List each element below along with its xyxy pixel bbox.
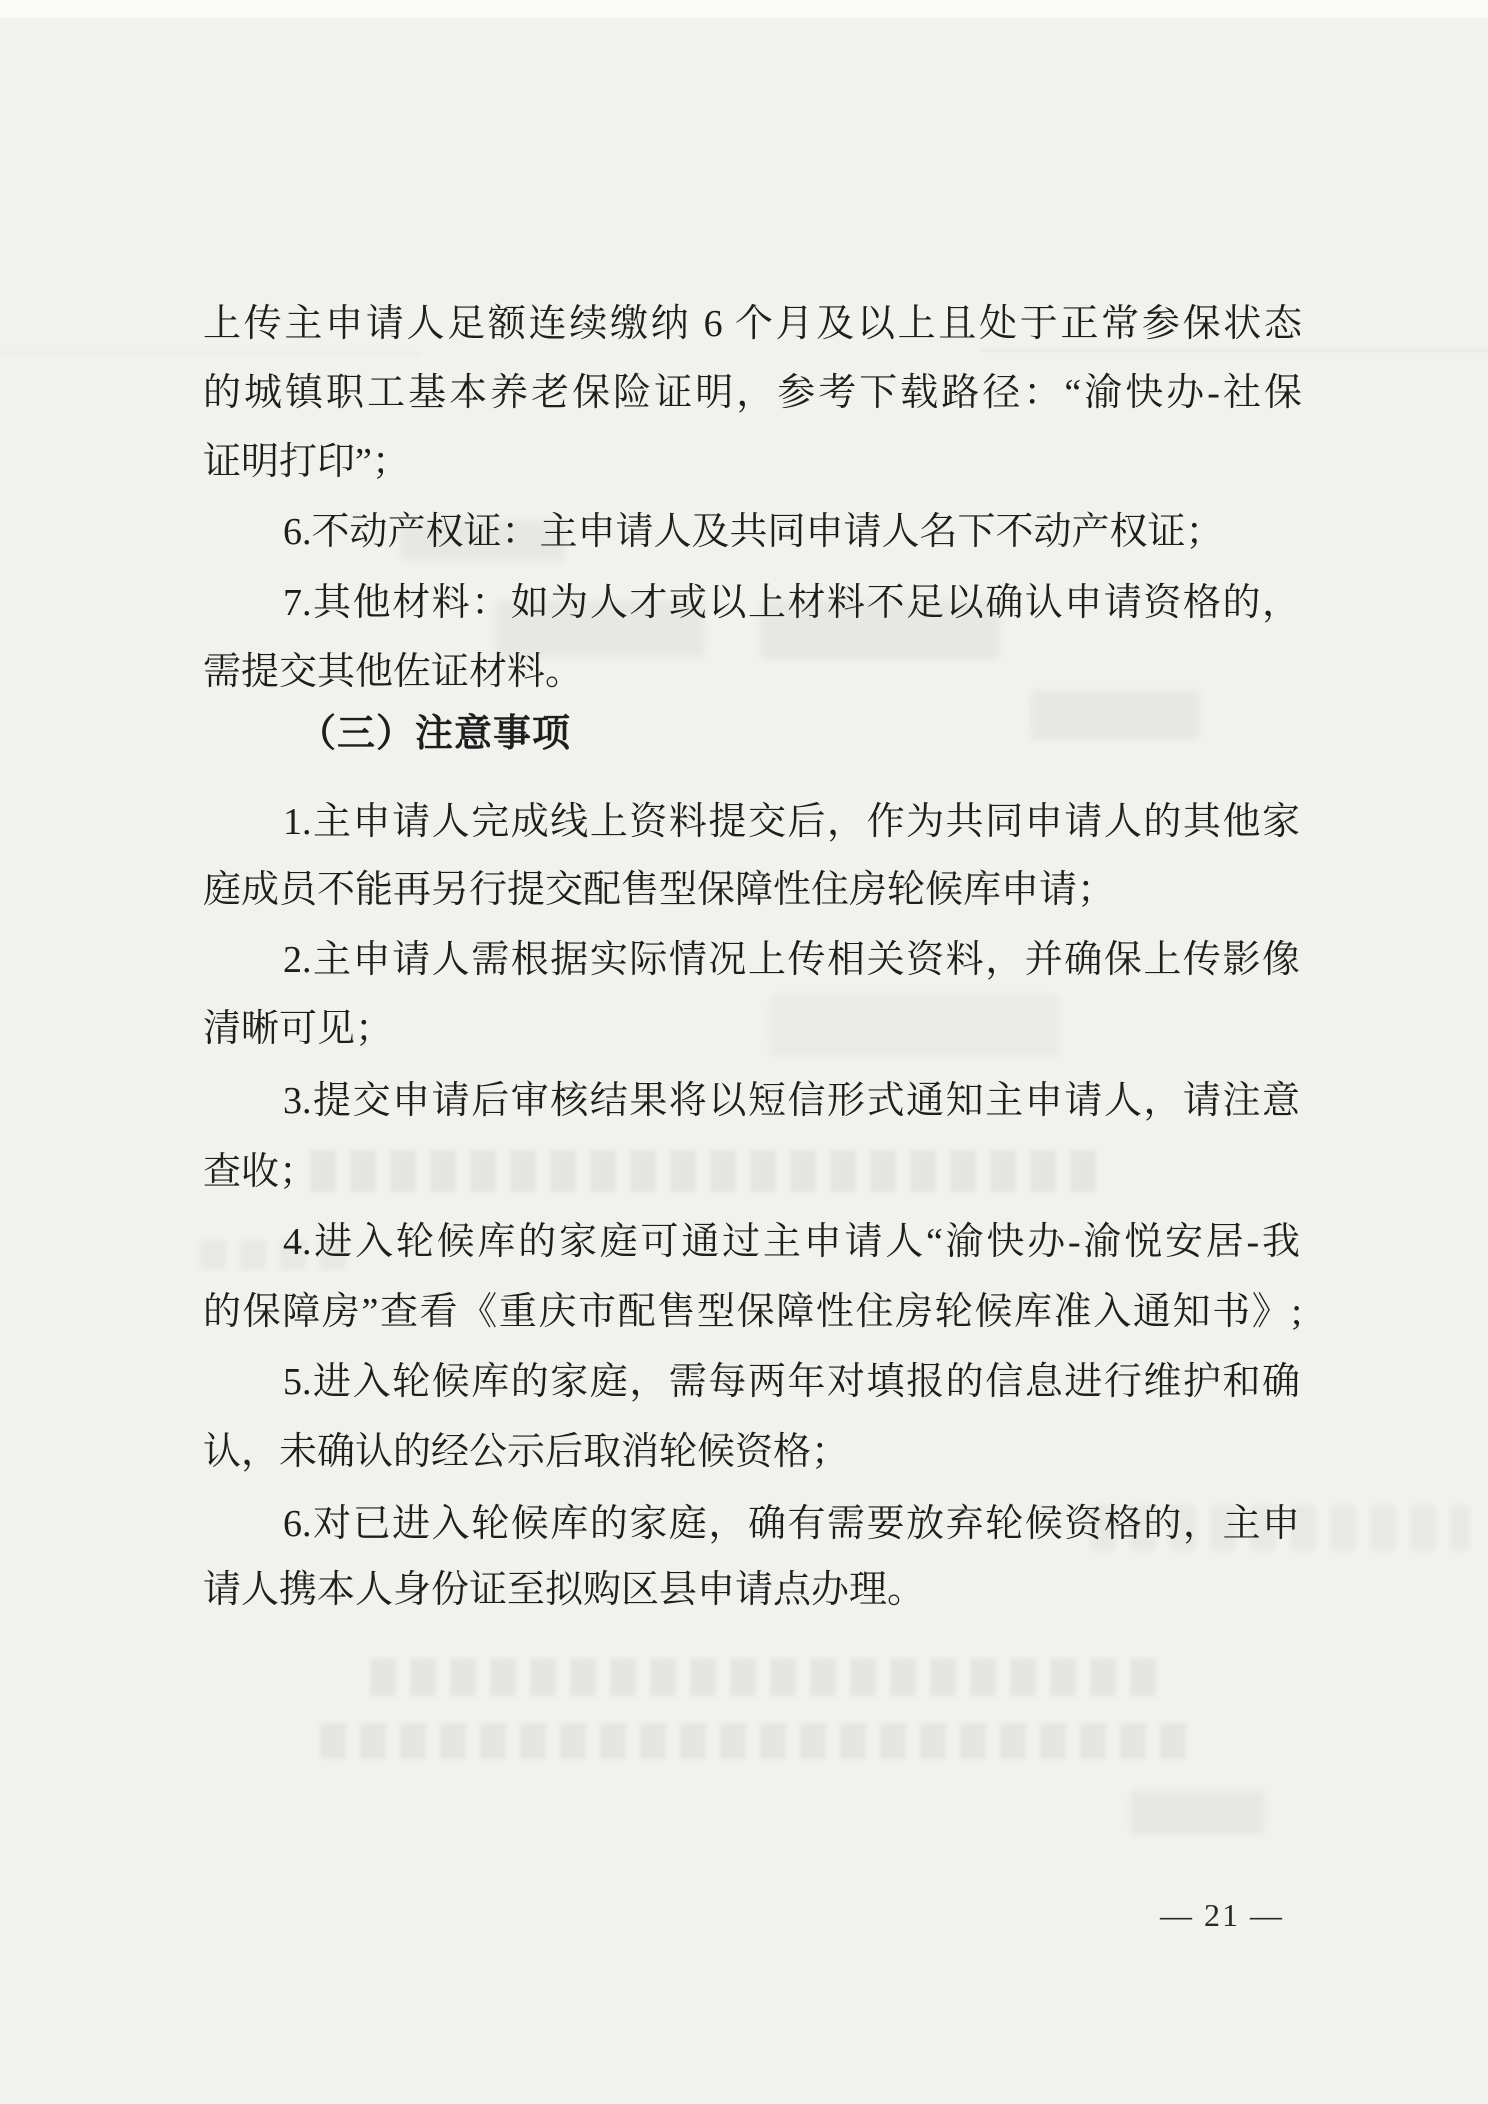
bleed-through-artifact	[320, 1723, 1190, 1759]
bleed-through-artifact	[1030, 690, 1200, 740]
bleed-through-artifact	[770, 995, 1060, 1057]
text-line: 4.进入轮候库的家庭可通过主申请人“渝快办-渝悦安居-我	[283, 1220, 1300, 1265]
text-line: 5.进入轮候库的家庭，需每两年对填报的信息进行维护和确	[283, 1360, 1300, 1405]
text-line: 的城镇职工基本养老保险证明，参考下载路径：“渝快办-社保	[203, 371, 1302, 416]
scanned-document-page: 上传主申请人足额连续缴纳 6 个月及以上且处于正常参保状态 的城镇职工基本养老保…	[0, 0, 1488, 2104]
bleed-through-artifact	[1130, 1790, 1265, 1835]
text-line: 清晰可见；	[203, 1007, 393, 1052]
text-line: 认，未确认的经公示后取消轮候资格；	[203, 1430, 849, 1475]
scan-streak	[0, 352, 420, 355]
text-line: 上传主申请人足额连续缴纳 6 个月及以上且处于正常参保状态	[203, 302, 1302, 347]
scan-edge-strip	[0, 0, 1488, 18]
text-line: 3.提交申请后审核结果将以短信形式通知主申请人，请注意	[283, 1079, 1300, 1124]
text-line: 需提交其他佐证材料。	[203, 650, 583, 695]
text-line: 证明打印”；	[203, 440, 410, 485]
text-line: 请人携本人身份证至拟购区县申请点办理。	[203, 1568, 925, 1613]
scan-streak	[980, 349, 1488, 352]
text-line: 7.其他材料：如为人才或以上材料不足以确认申请资格的，	[283, 581, 1300, 626]
text-line: 6.对已进入轮候库的家庭，确有需要放弃轮候资格的，主申	[283, 1502, 1300, 1547]
text-line: 1.主申请人完成线上资料提交后，作为共同申请人的其他家	[283, 800, 1300, 845]
bleed-through-artifact	[310, 1150, 1110, 1192]
text-line: 6.不动产权证：主申请人及共同申请人名下不动产权证；	[283, 510, 1224, 555]
bleed-through-artifact	[370, 1658, 1160, 1696]
text-line: 的保障房”查看《重庆市配售型保障性住房轮候库准入通知书》;	[203, 1290, 1302, 1335]
text-line: 查收；	[203, 1150, 317, 1195]
text-line: 庭成员不能再另行提交配售型保障性住房轮候库申请；	[203, 868, 1115, 913]
section-heading: （三）注意事项	[298, 712, 571, 757]
text-line: 2.主申请人需根据实际情况上传相关资料，并确保上传影像	[283, 938, 1300, 983]
page-number: — 21 —	[1137, 1897, 1307, 1934]
